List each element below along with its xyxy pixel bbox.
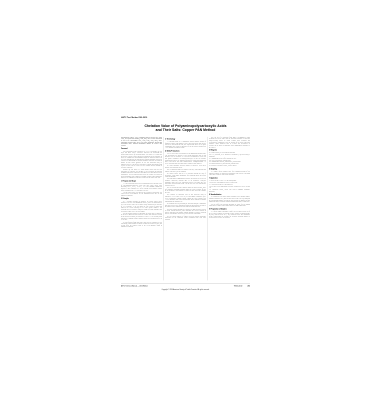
body-paragraph: 4.1 Good laboratory practices should be … xyxy=(165,165,206,168)
body-paragraph: 4.6 Exposure to chemicals used in this p… xyxy=(165,194,206,202)
body-paragraph: Because the end point is a color change … xyxy=(121,169,162,179)
reagent-item: 5.7 Distilled or deionized water, recent… xyxy=(209,165,250,167)
body-paragraph: 8.1 Standardize the copper sulfate solut… xyxy=(209,196,250,203)
body-paragraph: 6.1 Sample liquid products only after th… xyxy=(209,171,250,176)
body-paragraph: 4.2 All chemicals should be handled with… xyxy=(165,169,206,172)
text-column: 3. Terminology3.1 chelating agent, n.—a … xyxy=(165,136,206,281)
section-heading: 2. Principle xyxy=(121,198,162,200)
revision-note: Developed in 1968 by ASTC Committee RR32… xyxy=(121,136,162,146)
document-page: ASTC Test Method 100-2010 Chelation Valu… xyxy=(121,114,250,309)
footer-right-group: TM100-2010 213 xyxy=(234,285,250,287)
section-heading: 4. Safety Precautions xyxy=(165,150,206,152)
text-column: Developed in 1968 by ASTC Committee RR32… xyxy=(121,136,162,281)
body-paragraph: 8.2 The buffer and indicator solutions a… xyxy=(209,203,250,206)
body-paragraph: 3.1 chelating agent, n.—a compound, usua… xyxy=(165,141,206,149)
section-heading: 5. Reagents xyxy=(209,150,250,152)
footer-doc-code: TM100-2010 xyxy=(234,285,243,287)
section-heading: 7. Apparatus xyxy=(209,177,250,179)
body-paragraph: 2.3 Interferences from iron, nickel and … xyxy=(121,221,162,228)
body-paragraph: 1.1 This test method covers the determin… xyxy=(121,183,162,191)
body-paragraph: 2.1 A weighed specimen is dissolved in r… xyxy=(121,200,162,211)
body-paragraph: 4.4 Concentrated ammonium hydroxide and … xyxy=(165,178,206,186)
body-paragraph: 2.2 For products supplied as solutions, … xyxy=(121,212,162,220)
body-paragraph: 4.8 Waste copper solutions are regulated… xyxy=(165,208,206,215)
text-column: 4.10 The use of a laboratory fume hood i… xyxy=(209,136,250,281)
copyright-line: Copyright © 2010 American Society of Tex… xyxy=(121,289,250,291)
section-heading: Foreword xyxy=(121,148,162,150)
section-heading: 3. Terminology xyxy=(165,138,206,140)
section-heading: 9. Preparation of Samples xyxy=(209,208,250,210)
body-paragraph: NOTE: These safety precautions are for i… xyxy=(165,153,206,164)
body-paragraph: 4.3 Copper sulfate and the PAN indicator… xyxy=(165,173,206,178)
body-paragraph: 4.9 The analyst should be familiar with … xyxy=(165,215,206,220)
section-heading: 8. Standardization xyxy=(209,194,250,196)
reagent-item: 7.5 Volumetric flasks, pipets and relate… xyxy=(209,189,250,192)
body-paragraph: 4.10 The use of a laboratory fume hood i… xyxy=(209,136,250,147)
document-header-label: ASTC Test Method 100-2010 xyxy=(121,117,250,119)
body-paragraph: This test method is one alternative to A… xyxy=(121,150,162,168)
page-footer: ASTC Technical Manual — 2010 Edition TM1… xyxy=(121,283,250,286)
section-heading: 1. Purpose and Scope xyxy=(121,180,162,182)
document-thumbnail-canvas: ASTC Test Method 100-2010 Chelation Valu… xyxy=(0,0,368,420)
body-paragraph: 4.5 An eyewash and safety shower should … xyxy=(165,187,206,194)
document-title-line2: and Their Salts: Copper PAN Method xyxy=(121,128,250,132)
section-heading: 6. Sampling xyxy=(209,168,250,170)
body-paragraph: 1.2 The values stated in SI units are to… xyxy=(121,191,162,196)
footer-left-label: ASTC Technical Manual — 2010 Edition xyxy=(121,285,148,287)
body-columns: Developed in 1968 by ASTC Committee RR32… xyxy=(121,136,250,281)
footer-page-number: 213 xyxy=(247,285,250,287)
body-paragraph: 9.1 Liquid Sample Solutions: Transfer 10… xyxy=(209,211,250,219)
document-title: Chelation Value of Polyaminopolycarboxyl… xyxy=(121,124,250,132)
body-paragraph: 4.7 Methanol used in preparing the indic… xyxy=(165,203,206,208)
